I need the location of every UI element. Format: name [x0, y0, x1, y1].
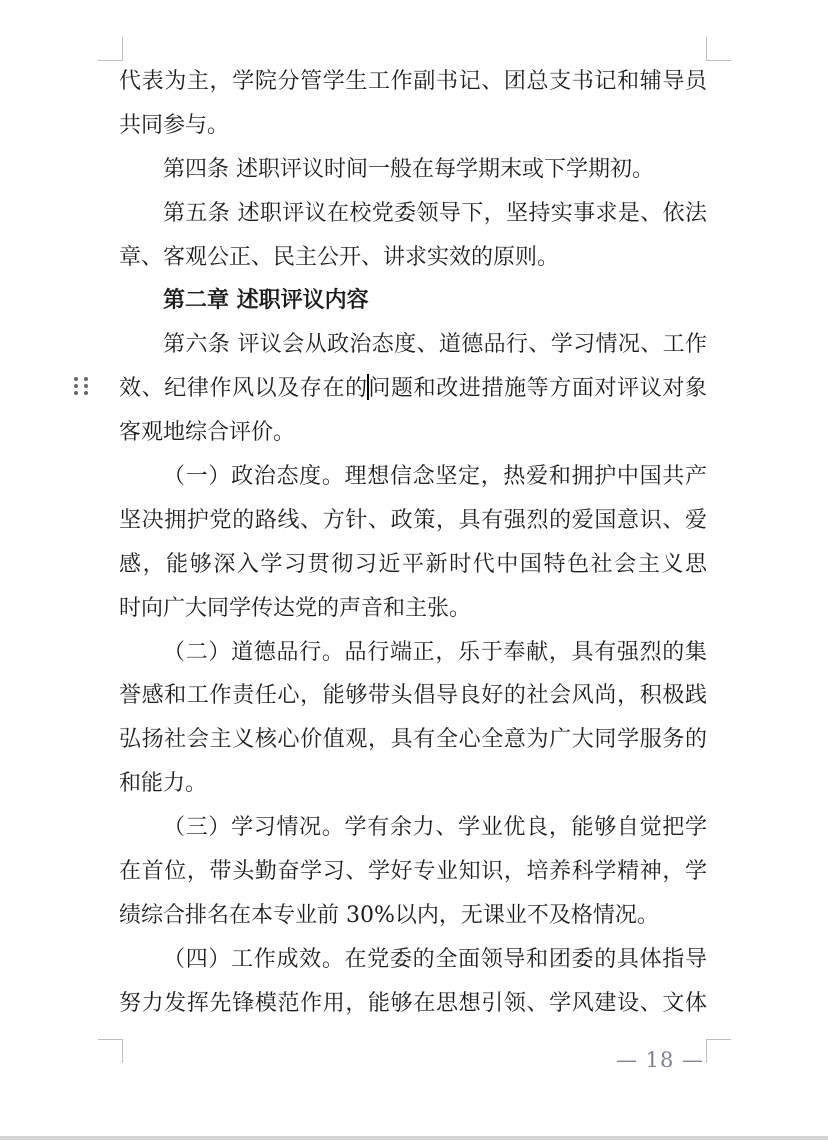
- drag-handle-dot: [74, 384, 78, 388]
- drag-handle-dot: [74, 377, 78, 381]
- text-line[interactable]: 努力发挥先锋模范作用，能够在思想引领、学风建设、文体活动、: [119, 982, 707, 1026]
- page-number: — 18 —: [590, 1047, 730, 1073]
- text-line[interactable]: 坚决拥护党的路线、方针、政策，具有强烈的爱国意识、爱国情: [119, 499, 707, 543]
- drag-handle-dot: [74, 391, 78, 395]
- text-line[interactable]: 弘扬社会主义核心价值观，具有全心全意为广大同学服务的觉悟: [119, 718, 707, 762]
- crop-mark-top-left-icon: [98, 37, 123, 61]
- text-line[interactable]: 代表为主，学院分管学生工作副书记、团总支书记和辅导员代表: [119, 60, 707, 104]
- text-line[interactable]: 感，能够深入学习贯彻习近平新时代中国特色社会主义思想，及: [119, 543, 707, 587]
- document-page: 代表为主，学院分管学生工作副书记、团总支书记和辅导员代表 共同参与。 第四条 述…: [0, 0, 828, 1141]
- crop-mark-top-right-icon: [706, 37, 731, 61]
- chapter-heading[interactable]: 第二章 述职评议内容: [119, 279, 707, 323]
- text-line[interactable]: 时向广大同学传达党的声音和主张。: [119, 587, 707, 631]
- drag-handle-dot: [84, 384, 88, 388]
- text-line[interactable]: 在首位，带头勤奋学习、学好专业知识，培养科学精神，学习成: [119, 850, 707, 894]
- text-segment: 效、纪律作风以及存在的: [119, 376, 368, 401]
- text-line-with-cursor[interactable]: 效、纪律作风以及存在的问题和改进措施等方面对评议对象全面: [119, 367, 707, 411]
- drag-handle-dot: [84, 391, 88, 395]
- text-line[interactable]: （一）政治态度。理想信念坚定，热爱和拥护中国共产党，: [119, 455, 707, 499]
- text-line[interactable]: 第四条 述职评议时间一般在每学期末或下学期初。: [119, 148, 707, 192]
- text-line[interactable]: 客观地综合评价。: [119, 411, 707, 455]
- text-line[interactable]: 第五条 述职评议在校党委领导下，坚持实事求是、依法依: [119, 192, 707, 236]
- text-line[interactable]: 誉感和工作责任心，能够带头倡导良好的社会风尚，积极践行和: [119, 674, 707, 718]
- text-line[interactable]: 共同参与。: [119, 104, 707, 148]
- text-line[interactable]: （二）道德品行。品行端正，乐于奉献，具有强烈的集体荣: [119, 631, 707, 675]
- text-line[interactable]: 章、客观公正、民主公开、讲求实效的原则。: [119, 236, 707, 280]
- text-line[interactable]: 和能力。: [119, 762, 707, 806]
- text-line[interactable]: 第六条 评议会从政治态度、道德品行、学习情况、工作成: [119, 323, 707, 367]
- text-line[interactable]: （三）学习情况。学有余力、学业优良，能够自觉把学习放: [119, 806, 707, 850]
- drag-handle-dot: [84, 377, 88, 381]
- document-body[interactable]: 代表为主，学院分管学生工作副书记、团总支书记和辅导员代表 共同参与。 第四条 述…: [119, 60, 707, 1026]
- text-line[interactable]: 绩综合排名在本专业前 30%以内，无课业不及格情况。: [119, 894, 707, 938]
- page-bottom-edge: [0, 1136, 828, 1140]
- drag-handle-icon[interactable]: [74, 377, 88, 395]
- crop-mark-bottom-left-icon: [98, 1039, 123, 1063]
- text-line[interactable]: （四）工作成效。在党委的全面领导和团委的具体指导下，: [119, 938, 707, 982]
